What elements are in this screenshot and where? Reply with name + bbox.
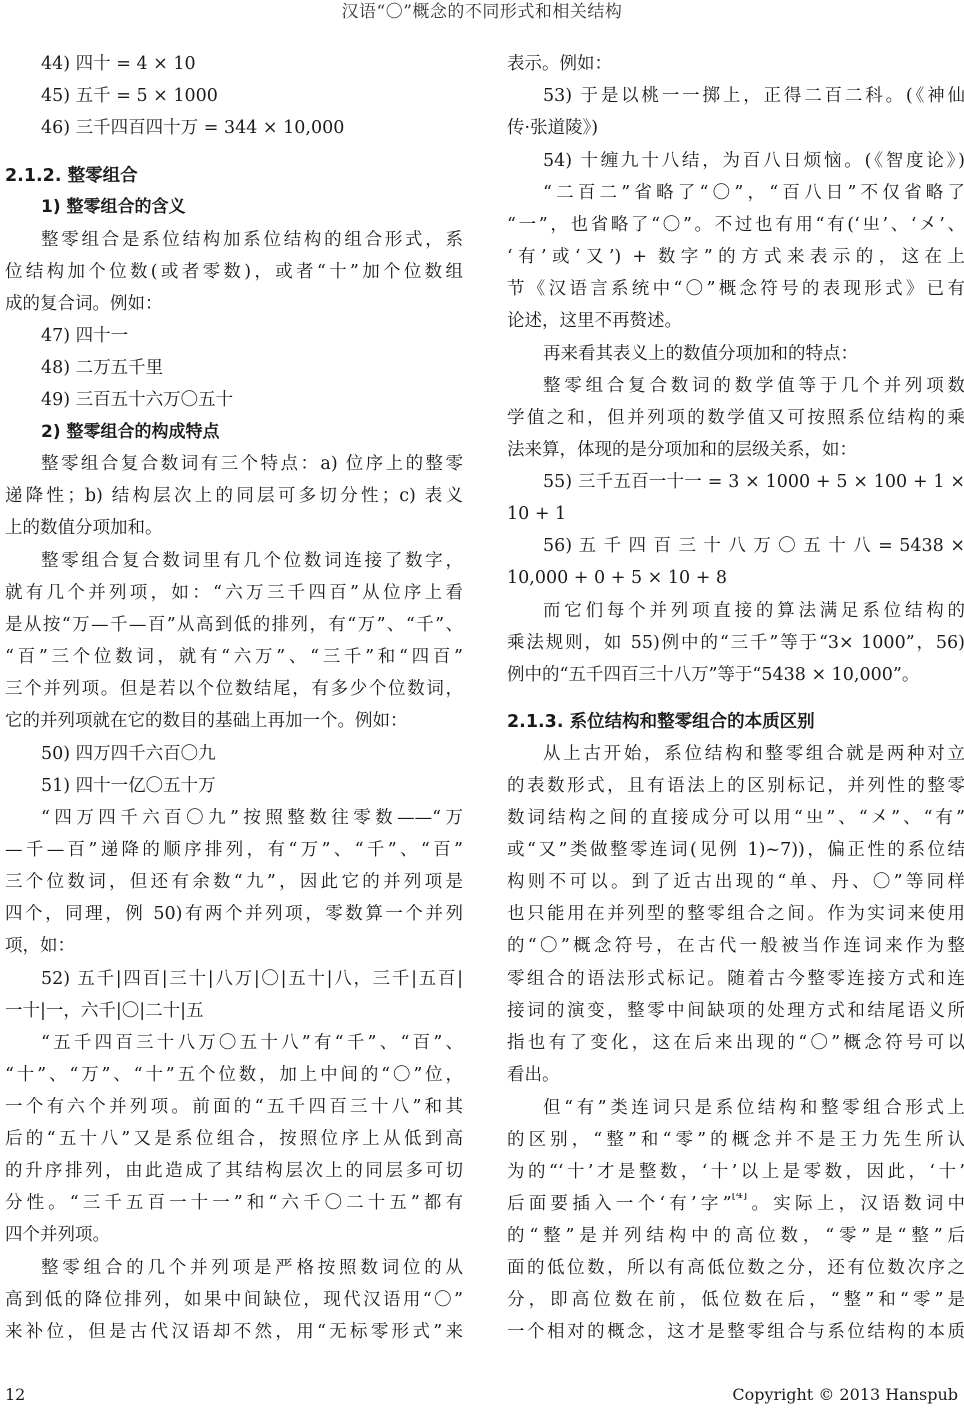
section-heading: 2.1.2. 整零组合 (5, 165, 463, 187)
copyright-notice: Copyright © 2013 Hanspub (732, 1385, 958, 1404)
text-line: 10 + 1 (507, 503, 964, 525)
text-line: 看出。 (507, 1064, 964, 1086)
text-line: 例中的“五千四百三十八万”等于“5438 × 10,000”。 (507, 664, 964, 686)
text-line: 表示。例如： (507, 53, 964, 75)
text-line: 指也有了变化，这在后来出现的“〇”概念符号可以 (507, 1032, 964, 1054)
text-line: 构则不可以。到了近古出现的“单、丹、〇”等同样 (507, 871, 964, 893)
text-line: 项，如： (5, 935, 463, 957)
text-line: 是从按“万—千—百”从高到低的排列，有“万”、“千”、 (5, 614, 463, 636)
text-line: “四万四千六百〇九”按照整数往零数——“万 (5, 807, 463, 829)
text-line: 接词的演变，整零中间缺项的处理方式和结尾语义所 (507, 1000, 964, 1022)
text-line: 位结构加个位数(或者零数)，或者“十”加个位数组 (5, 261, 463, 283)
text-line: 来补位，但是古代汉语却不然，用“无标零形式”来 (5, 1321, 463, 1343)
example-line: 50) 四万四千六百〇九 (5, 743, 463, 765)
text-line: 而它们每个并列项直接的算法满足系位结构的 (507, 600, 964, 622)
text-line: “百”三个位数词，就有“六万”、“三千”和“四百” (5, 646, 463, 668)
text-line: 后面要插入一个‘有’字”[4]。实际上，汉语数词中 (507, 1193, 964, 1215)
text-line: 一个相对的概念，这才是整零组合与系位结构的本质 (507, 1321, 964, 1343)
example-line: 53) 于是以桃一一掷上，正得二百二科。(《神仙 (507, 85, 964, 107)
text-line: 整零组合复合数词有三个特点：a) 位序上的整零 (5, 453, 463, 475)
text-line: 整零组合的几个并列项是严格按照数词位的从 (5, 1257, 463, 1279)
text-line: 或“又”类做整零连词(见例 1)~7))，偏正性的系位结 (507, 839, 964, 861)
text-line: “一”，也省略了“〇”。不过也有用“有(‘㞢’、‘㐅’、 (507, 214, 964, 236)
text-line: —千—百”递降的顺序排列，有“万”、“千”、“百” (5, 839, 463, 861)
text-line: 的区别，“整”和“零”的概念并不是王力先生所认 (507, 1129, 964, 1151)
text-line: 论述，这里不再赘述。 (507, 310, 964, 332)
running-header: 汉语“〇”概念的不同形式和相关结构 (0, 0, 964, 24)
text-line: 10,000 + 0 + 5 × 10 + 8 (507, 567, 964, 589)
text-line: 从上古开始，系位结构和整零组合就是两种对立 (507, 743, 964, 765)
text-line: 的“整”是并列结构中的高位数，“零”是“整”后 (507, 1225, 964, 1247)
text-line: 后的“五十八”又是系位组合，按照位序上从低到高 (5, 1128, 463, 1150)
text-line: 为的“‘十’才是整数，‘十’以上是零数，因此，‘十’ (507, 1161, 964, 1183)
text-line: 成的复合词。例如： (5, 293, 463, 315)
example-line: 45) 五千 = 5 × 1000 (5, 85, 463, 107)
text-line: 乘法规则，如 55)例中的“三千”等于“3× 1000”，56) (507, 632, 964, 654)
text-line: 分性。“三千五百一十一”和“六千〇二十五”都有 (5, 1192, 463, 1214)
example-line: 47) 四十一 (5, 325, 463, 347)
text-line: “十”、“万”、“十”五个位数，加上中间的“〇”位， (5, 1064, 463, 1086)
example-line: 46) 三千四百四十万 = 344 × 10,000 (5, 117, 463, 139)
text-line: 递降性；b) 结构层次上的同层可多切分性；c) 表义 (5, 485, 463, 507)
text-line: 的升序排列，由此造成了其结构层次上的同层多可切 (5, 1160, 463, 1182)
text-line: 面的低位数，所以有高低位数之分，还有位数次序之 (507, 1257, 964, 1279)
text-line: 一个有六个并列项。前面的“五千四百三十八”和其 (5, 1096, 463, 1118)
text-line: 整零组合是系位结构加系位结构的组合形式，系 (5, 229, 463, 251)
section-heading: 2.1.3. 系位结构和整零组合的本质区别 (507, 711, 964, 733)
text-line: 四个并列项。 (5, 1224, 463, 1246)
subsection-heading: 1) 整零组合的含义 (5, 196, 463, 218)
text-line: 的“〇”概念符号，在古代一般被当作连词来作为整 (507, 935, 964, 957)
example-line: 54) 十缠九十八结，为百八日烦恼。(《智度论》) (507, 150, 964, 172)
example-line: 55) 三千五百一十一 = 3 × 1000 + 5 × 100 + 1 × (507, 471, 964, 493)
example-line: 56) 五 千 四 百 三 十 八 万 〇 五 十 八 = 5438 × (507, 535, 964, 557)
text-line: 高到低的降位排列，如果中间缺位，现代汉语用“〇” (5, 1289, 463, 1311)
subsection-heading: 2) 整零组合的构成特点 (5, 421, 463, 443)
text-line: “二百二”省略了“〇”，“百八日”不仅省略了 (507, 182, 964, 204)
text-line: 它的并列项就在它的数目的基础上再加一个。例如： (5, 710, 463, 732)
text-line: 分，即高位数在前，低位数在后，“整”和“零”是 (507, 1289, 964, 1311)
text-line: 整零组合复合数词的数学值等于几个并列项数 (507, 375, 964, 397)
example-line: 48) 二万五千里 (5, 357, 463, 379)
text-line: 一十|一，六千|〇|二十|五 (5, 1000, 463, 1022)
text-line: 的表数形式，且有语法上的区别标记，并列性的整零 (507, 775, 964, 797)
example-line: 51) 四十一亿〇五十万 (5, 775, 463, 797)
text-line: 再来看其表义上的数值分项加和的特点： (507, 343, 964, 365)
page-number: 12 (5, 1385, 25, 1404)
text-line: 零组合的语法形式标记。随着古今整零连接方式和连 (507, 968, 964, 990)
text-line: 三个并列项。但是若以个位数结尾，有多少个位数词， (5, 678, 463, 700)
text-line: 四个，同理，例 50)有两个并列项，零数算一个并列 (5, 903, 463, 925)
text-line: 上的数值分项加和。 (5, 517, 463, 539)
text-line: 节《汉语言系统中“〇”概念符号的表现形式》已有 (507, 278, 964, 300)
example-line: 49) 三百五十六万〇五十 (5, 389, 463, 411)
text-line: 但“有”类连词只是系位结构和整零组合形式上 (507, 1097, 964, 1119)
text-line: 三个位数词，但还有余数“九”，因此它的并列项是 (5, 871, 463, 893)
citation-reference[interactable]: [4] (732, 1193, 748, 1201)
example-line: 44) 四十 = 4 × 10 (5, 53, 463, 75)
text-line: 数词结构之间的直接成分可以用“㞢”、“㐅”、“有” (507, 807, 964, 829)
text-line: 就有几个并列项，如：“六万三千四百”从位序上看 (5, 582, 463, 604)
example-line: 52) 五千|四百|三十|八万|〇|五十|八，三千|五百| (5, 968, 463, 990)
text-line: 整零组合复合数词里有几个位数词连接了数字， (5, 550, 463, 572)
text-line: ‘有’或‘又’) + 数字”的方式来表示的，这在上 (507, 246, 964, 268)
text-line: 法来算，体现的是分项加和的层级关系，如： (507, 439, 964, 461)
text-line: 传·张道陵》) (507, 117, 964, 139)
text-line: 也只能用在并列型的整零组合之间。作为实词来使用 (507, 903, 964, 925)
text-line: “五千四百三十八万〇五十八”有“千”、“百”、 (5, 1032, 463, 1054)
text-line: 学值之和，但并列项的数学值又可按照系位结构的乘 (507, 407, 964, 429)
